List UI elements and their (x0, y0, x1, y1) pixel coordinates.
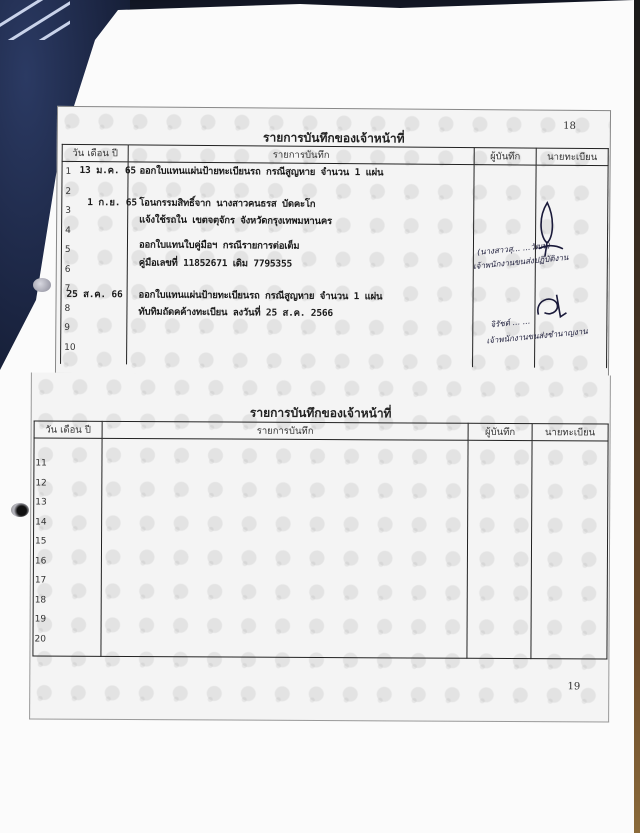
lower-record-table: วัน เดือน ปี รายการบันทึก ผู้บันทึก นายท… (32, 420, 608, 659)
row-number: 18 (35, 591, 47, 611)
row-number: 2 (65, 182, 77, 202)
entry-4-date: 25 ส.ค. 66 (67, 287, 123, 302)
row-number: 13 (35, 494, 47, 514)
row-number: 8 (64, 299, 76, 319)
row-number: 14 (35, 513, 47, 533)
entry-4-line-1: ออกใบแทนแผ่นป้ายทะเบียนรถ กรณีสูญหาย จำน… (139, 287, 383, 304)
entry-2-line-1: โอนกรรมสิทธิ์จาก นางสาวคนธรส บัดคะโก (139, 195, 315, 211)
entry-1-date: 13 ม.ค. 65 (79, 163, 135, 178)
row-number: 4 (65, 221, 77, 241)
row-number: 19 (35, 611, 47, 631)
row-number: 17 (35, 572, 47, 592)
row-number: 9 (64, 319, 76, 339)
row-number: 12 (35, 474, 47, 494)
entry-4-line-2: ทับทิมถัดคค้างทะเบียน ลงวันที่ 25 ส.ค. 2… (138, 304, 333, 321)
lower-row-numbers: 11 12 13 14 15 16 17 18 19 20 (34, 455, 46, 650)
col-entry-header: รายการบันทึก (102, 421, 468, 440)
entry-3-line-2: คู่มือเลขที่ 11852671 เดิม 7795355 (139, 255, 292, 271)
col-recorder-header: ผู้บันทึก (468, 423, 532, 440)
row-number: 1 (65, 163, 77, 183)
signature-scribble-2 (530, 291, 570, 321)
row-number: 16 (35, 552, 47, 572)
row-number: 11 (35, 455, 47, 475)
entry-1-line-1: ออกใบแทนแผ่นป้ายทะเบียนรถ กรณีสูญหาย จำน… (139, 163, 383, 180)
row-number: 20 (34, 630, 46, 650)
col-registrar-header: นายทะเบียน (532, 424, 608, 441)
table-edge (634, 0, 640, 833)
row-number: 15 (35, 533, 47, 553)
row-number: 10 (64, 338, 76, 358)
lower-record-sheet: รายการบันทึกของเจ้าหน้าที่ วัน เดือน ปี … (29, 372, 611, 722)
entry-2-date: 1 ก.ย. 65 (87, 195, 137, 210)
upper-row-numbers: 1 2 3 4 5 6 7 8 9 10 (64, 163, 77, 358)
col-recorder-header: ผู้บันทึก (474, 148, 536, 165)
page-number-lower: 19 (568, 681, 581, 692)
col-registrar-header: นายทะเบียน (536, 148, 608, 166)
upper-record-sheet: 18 รายการบันทึกของเจ้าหน้าที่ วัน เดือน … (55, 106, 611, 378)
row-number: 3 (65, 202, 77, 222)
striped-object (0, 0, 70, 40)
col-date-header: วัน เดือน ปี (62, 144, 128, 162)
row-number: 5 (65, 241, 77, 261)
punch-hole (33, 278, 51, 292)
punch-hole (11, 503, 29, 517)
entry-3-line-1: ออกใบแทนใบคู่มือฯ กรณีรายการต่อเต็ม (139, 237, 299, 253)
entry-2-line-2: แจ้งใช้รถใน เขตจตุจักร จังหวัดกรุงเทพมหา… (139, 212, 332, 229)
col-date-header: วัน เดือน ปี (34, 421, 102, 438)
row-number: 6 (65, 260, 77, 280)
